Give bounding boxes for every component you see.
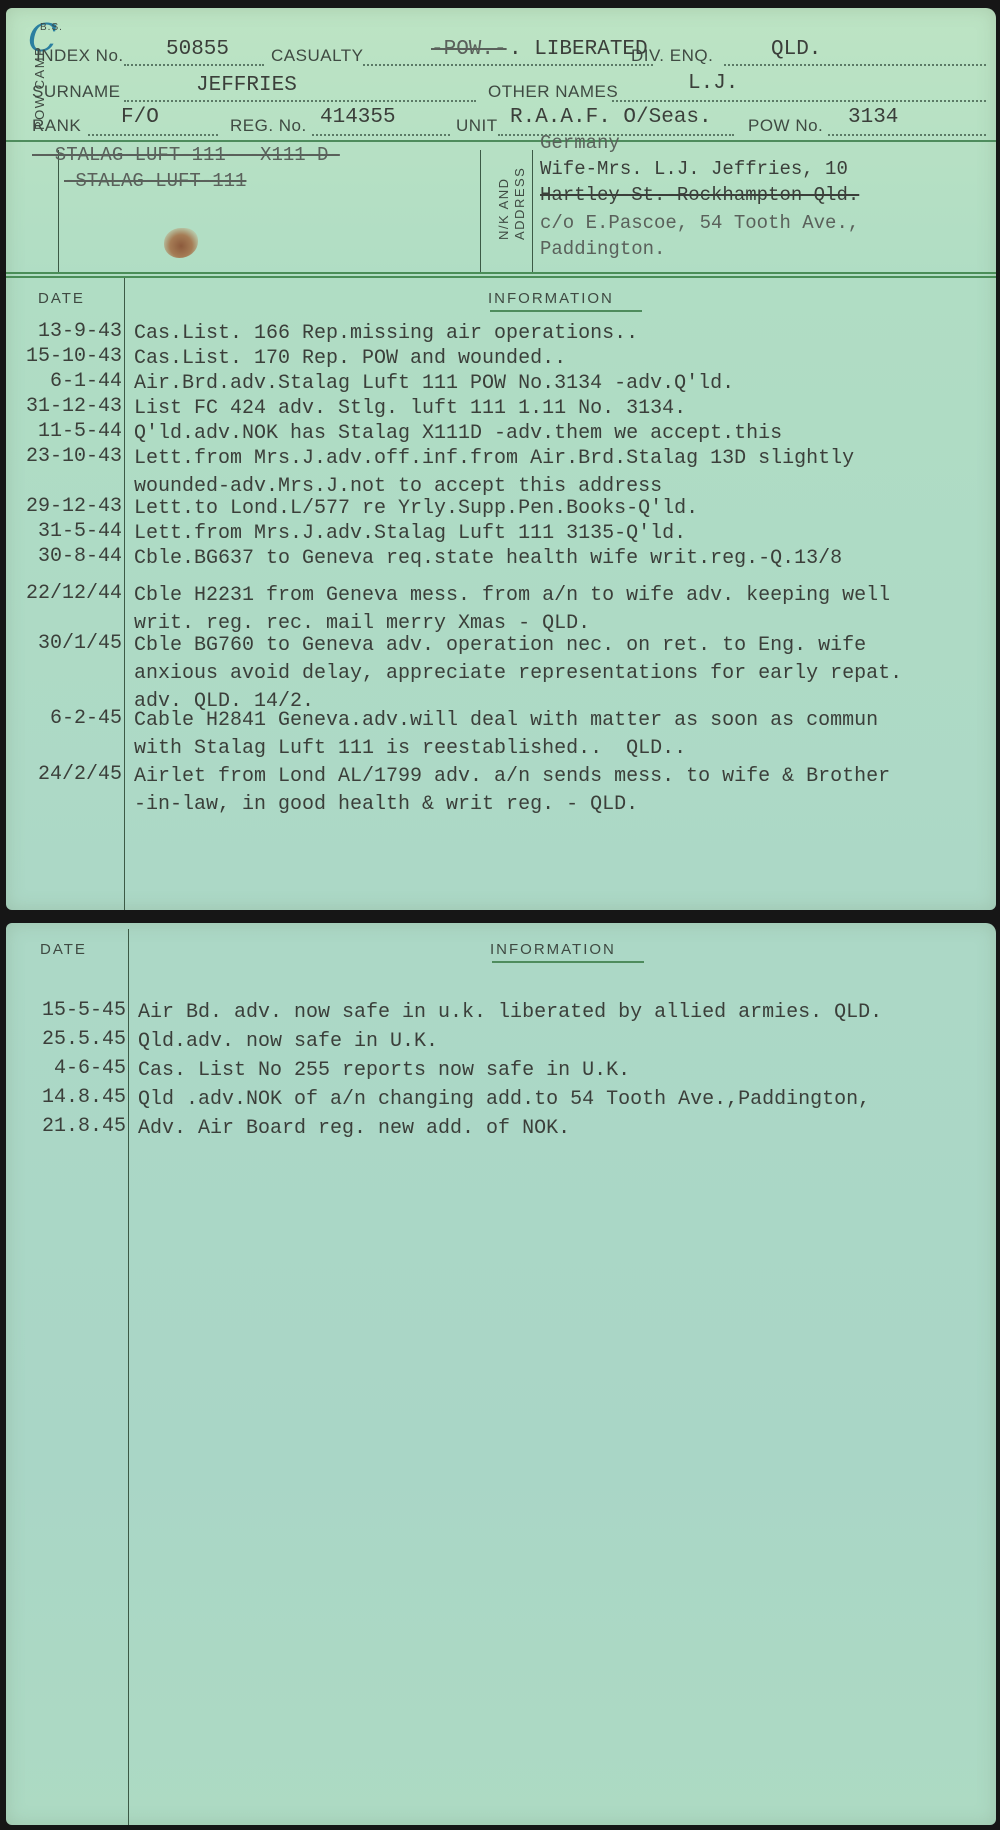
info-header: INFORMATION [488, 290, 614, 307]
nok-label-2: ADDRESS [512, 167, 527, 240]
rank-dots [88, 134, 218, 136]
info-header-underline [490, 310, 642, 312]
log-date: 13-9-43 [6, 320, 122, 343]
log-date: 31-5-44 [6, 520, 122, 543]
log-date: 30/1/45 [6, 632, 122, 655]
log-text: Cble BG760 to Geneva adv. operation nec.… [134, 632, 994, 716]
log-date: 21.8.45 [6, 1115, 126, 1138]
index-value: 50855 [166, 38, 229, 61]
unit-value: R.A.A.F. O/Seas. [510, 106, 712, 129]
divider-middle-2 [6, 276, 996, 278]
back-info-header-underline [492, 961, 644, 963]
pow-camp-line-2: -STALAG-LUFT-111 [64, 170, 246, 192]
casualty-struck-value: -POW.- [431, 38, 507, 61]
surname-value: JEFFRIES [196, 74, 297, 97]
log-text: Qld.adv. now safe in U.K. [138, 1028, 998, 1056]
log-date: 15-5-45 [6, 999, 126, 1022]
log-text: Lett.to Lond.L/577 re Yrly.Supp.Pen.Book… [134, 495, 994, 523]
divider-middle-1 [6, 272, 996, 274]
paper-stain [164, 228, 198, 258]
back-date-header: DATE [40, 941, 87, 958]
log-text: Lett.from Mrs.J.adv.off.inf.from Air.Brd… [134, 445, 994, 501]
log-text: Cble.BG637 to Geneva req.state health wi… [134, 545, 994, 573]
index-dots [124, 64, 264, 66]
log-text: Air Bd. adv. now safe in u.k. liberated … [138, 999, 998, 1027]
other-names-dots [612, 100, 986, 102]
log-date: 24/2/45 [6, 763, 122, 786]
nok-line: c/o E.Pascoe, 54 Tooth Ave., [540, 212, 859, 234]
other-names-value: L.J. [688, 72, 738, 95]
nok-label-1: N/K AND [496, 177, 511, 240]
pow-no-label: POW No. [748, 116, 823, 136]
log-date: 29-12-43 [6, 495, 122, 518]
log-text: Airlet from Lond AL/1799 adv. a/n sends … [134, 763, 994, 819]
log-text: Cas.List. 166 Rep.missing air operations… [134, 320, 994, 348]
log-text: Q'ld.adv.NOK has Stalag X111D -adv.them … [134, 420, 994, 448]
annotation-mark: B.S. [40, 22, 63, 33]
other-names-label: OTHER NAMES [488, 82, 618, 102]
div-enq-value: QLD. [771, 38, 821, 61]
rank-value: F/O [121, 106, 159, 129]
casualty-label: CASUALTY [271, 46, 364, 66]
record-card-back: DATE INFORMATION 15-5-45Air Bd. adv. now… [6, 923, 996, 1825]
back-date-column-divider [128, 929, 129, 1825]
nok-line: Hartley-St.-Rockhampton Qld. [540, 184, 859, 206]
log-date: 15-10-43 [6, 345, 122, 368]
div-enq-dots [724, 64, 986, 66]
reg-no-dots [312, 134, 450, 136]
log-date: 30-8-44 [6, 545, 122, 568]
nok-divider-left [480, 150, 481, 272]
log-text: List FC 424 adv. Stlg. luft 111 1.11 No.… [134, 395, 994, 423]
nok-divider-right [532, 150, 533, 272]
date-column-divider [124, 278, 125, 910]
date-header: DATE [38, 290, 85, 307]
pow-no-dots [828, 134, 986, 136]
nok-line: Paddington. [540, 238, 665, 260]
log-text: Adv. Air Board reg. new add. of NOK. [138, 1115, 998, 1143]
back-info-header: INFORMATION [490, 941, 616, 958]
nok-line: Wife-Mrs. L.J. Jeffries, 10 [540, 158, 848, 180]
casualty-value: . LIBERATED [509, 38, 648, 61]
log-date: 6-2-45 [6, 707, 122, 730]
log-date: 14.8.45 [6, 1086, 126, 1109]
log-text: Air.Brd.adv.Stalag Luft 111 POW No.3134 … [134, 370, 994, 398]
log-text: Qld .adv.NOK of a/n changing add.to 54 T… [138, 1086, 998, 1114]
log-date: 6-1-44 [6, 370, 122, 393]
log-date: 31-12-43 [6, 395, 122, 418]
pow-camp-label: POW CAMP [32, 46, 47, 130]
log-date: 11-5-44 [6, 420, 122, 443]
log-date: 22/12/44 [6, 582, 122, 605]
log-date: 23-10-43 [6, 445, 122, 468]
unit-label: UNIT [456, 116, 498, 136]
log-date: 4-6-45 [6, 1057, 126, 1080]
divider-top [6, 140, 996, 142]
log-text: Lett.from Mrs.J.adv.Stalag Luft 111 3135… [134, 520, 994, 548]
index-label: INDEX No. [36, 46, 124, 66]
pow-no-value: 3134 [848, 106, 898, 129]
casualty-dots [363, 64, 653, 66]
log-text: Cable H2841 Geneva.adv.will deal with ma… [134, 707, 994, 763]
log-date: 25.5.45 [6, 1028, 126, 1051]
log-text: Cble H2231 from Geneva mess. from a/n to… [134, 582, 994, 638]
pow-camp-divider [58, 150, 59, 272]
reg-no-label: REG. No. [230, 116, 307, 136]
nok-line: Germany [540, 132, 620, 154]
reg-no-value: 414355 [320, 106, 396, 129]
log-text: Cas.List. 170 Rep. POW and wounded.. [134, 345, 994, 373]
log-text: Cas. List No 255 reports now safe in U.K… [138, 1057, 998, 1085]
pow-camp-line-1: --STALAG-LUFT-111- -X111-D- [32, 144, 340, 166]
record-card-front: C B.S. INDEX No. 50855 CASUALTY -POW.- .… [6, 8, 996, 910]
surname-dots [124, 100, 476, 102]
div-enq-label: DIV. ENQ. [631, 46, 713, 66]
